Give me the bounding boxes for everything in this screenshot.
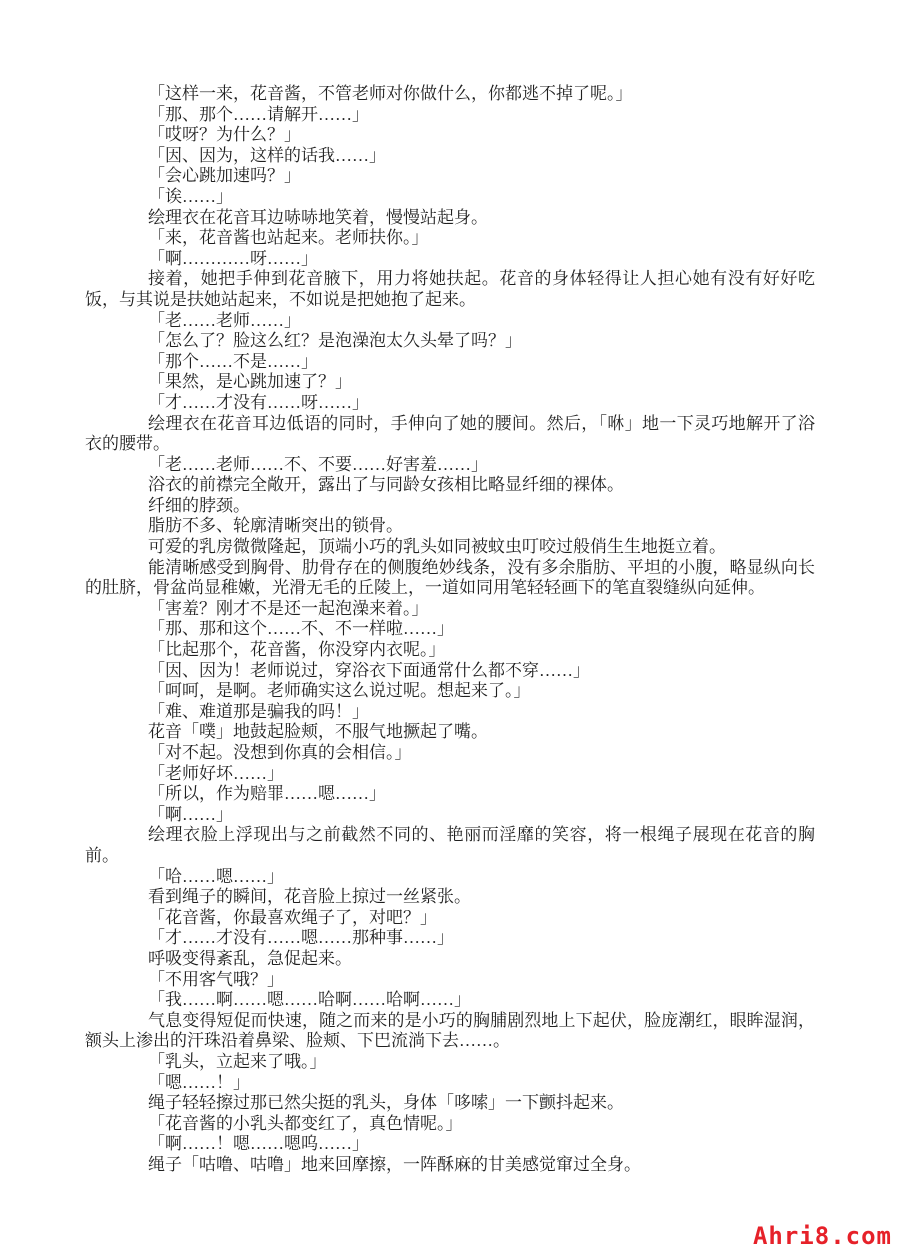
paragraph: 「果然，是心跳加速了？」 bbox=[85, 372, 815, 393]
paragraph: 「对不起。没想到你真的会相信。」 bbox=[85, 743, 815, 764]
paragraph: 「才……才没有……呀……」 bbox=[85, 393, 815, 414]
paragraph: 「所以，作为赔罪……嗯……」 bbox=[85, 784, 815, 805]
paragraph: 「来，花音酱也站起来。老师扶你。」 bbox=[85, 228, 815, 249]
paragraph: 「花音酱的小乳头都变红了，真色情呢。」 bbox=[85, 1114, 815, 1135]
paragraph: 花音「噗」地鼓起脸颊，不服气地撅起了嘴。 bbox=[85, 722, 815, 743]
paragraph: 「哈……嗯……」 bbox=[85, 867, 815, 888]
paragraph: 看到绳子的瞬间，花音脸上掠过一丝紧张。 bbox=[85, 887, 815, 908]
paragraph: 呼吸变得紊乱，急促起来。 bbox=[85, 949, 815, 970]
paragraph: 「诶……」 bbox=[85, 187, 815, 208]
paragraph: 「那个……不是……」 bbox=[85, 352, 815, 373]
paragraph: 「哎呀？为什么？」 bbox=[85, 125, 815, 146]
paragraph: 纤细的脖颈。 bbox=[85, 496, 815, 517]
paragraph: 「会心跳加速吗？」 bbox=[85, 166, 815, 187]
paragraph: 「老……老师……」 bbox=[85, 311, 815, 332]
paragraph: 「才……才没有……嗯……那种事……」 bbox=[85, 928, 815, 949]
paragraph: 绘理衣在花音耳边低语的同时，手伸向了她的腰间。然后，「咻」地一下灵巧地解开了浴衣… bbox=[85, 414, 815, 455]
watermark: Ahri8.com bbox=[753, 1222, 892, 1250]
paragraph: 「因、因为，这样的话我……」 bbox=[85, 146, 815, 167]
paragraph: 「乳头，立起来了哦。」 bbox=[85, 1052, 815, 1073]
paragraph: 「老师好坏……」 bbox=[85, 764, 815, 785]
paragraph: 「不用客气哦？」 bbox=[85, 970, 815, 991]
paragraph: 「啊……！嗯……嗯呜……」 bbox=[85, 1134, 815, 1155]
paragraph: 气息变得短促而快速，随之而来的是小巧的胸脯剧烈地上下起伏，脸庞潮红，眼眸湿润，额… bbox=[85, 1011, 815, 1052]
paragraph: 「我……啊……嗯……哈啊……哈啊……」 bbox=[85, 990, 815, 1011]
paragraph: 「这样一来，花音酱，不管老师对你做什么，你都逃不掉了呢。」 bbox=[85, 84, 815, 105]
paragraph: 「比起那个，花音酱，你没穿内衣呢。」 bbox=[85, 640, 815, 661]
paragraph: 「因、因为！老师说过，穿浴衣下面通常什么都不穿……」 bbox=[85, 661, 815, 682]
paragraph: 「害羞？刚才不是还一起泡澡来着。」 bbox=[85, 599, 815, 620]
paragraph: 绘理衣在花音耳边哧哧地笑着，慢慢站起身。 bbox=[85, 208, 815, 229]
paragraph: 浴衣的前襟完全敞开，露出了与同龄女孩相比略显纤细的裸体。 bbox=[85, 475, 815, 496]
paragraph: 「老……老师……不、不要……好害羞……」 bbox=[85, 455, 815, 476]
paragraph: 「呵呵，是啊。老师确实这么说过呢。想起来了。」 bbox=[85, 681, 815, 702]
paragraph: 脂肪不多、轮廓清晰突出的锁骨。 bbox=[85, 516, 815, 537]
novel-page: 「这样一来，花音酱，不管老师对你做什么，你都逃不掉了呢。」「那、那个……请解开…… bbox=[0, 0, 900, 1259]
paragraph: 能清晰感受到胸骨、肋骨存在的侧腹绝妙线条，没有多余脂肪、平坦的小腹，略显纵向长的… bbox=[85, 558, 815, 599]
paragraph: 「花音酱，你最喜欢绳子了，对吧？」 bbox=[85, 908, 815, 929]
paragraph: 绳子轻轻擦过那已然尖挺的乳头，身体「哆嗦」一下颤抖起来。 bbox=[85, 1093, 815, 1114]
paragraph: 「难、难道那是骗我的吗！」 bbox=[85, 702, 815, 723]
paragraph: 绘理衣脸上浮现出与之前截然不同的、艳丽而淫靡的笑容，将一根绳子展现在花音的胸前。 bbox=[85, 825, 815, 866]
text-block: 「这样一来，花音酱，不管老师对你做什么，你都逃不掉了呢。」「那、那个……请解开…… bbox=[85, 84, 815, 1175]
paragraph: 可爱的乳房微微隆起，顶端小巧的乳头如同被蚊虫叮咬过般俏生生地挺立着。 bbox=[85, 537, 815, 558]
paragraph: 接着，她把手伸到花音腋下，用力将她扶起。花音的身体轻得让人担心她有没有好好吃饭，… bbox=[85, 269, 815, 310]
paragraph: 「啊…………呀……」 bbox=[85, 249, 815, 270]
paragraph: 「那、那个……请解开……」 bbox=[85, 105, 815, 126]
paragraph: 绳子「咕噜、咕噜」地来回摩擦，一阵酥麻的甘美感觉窜过全身。 bbox=[85, 1155, 815, 1176]
paragraph: 「嗯……！」 bbox=[85, 1073, 815, 1094]
paragraph: 「啊……」 bbox=[85, 805, 815, 826]
paragraph: 「那、那和这个……不、不一样啦……」 bbox=[85, 619, 815, 640]
paragraph: 「怎么了？脸这么红？是泡澡泡太久头晕了吗？」 bbox=[85, 331, 815, 352]
